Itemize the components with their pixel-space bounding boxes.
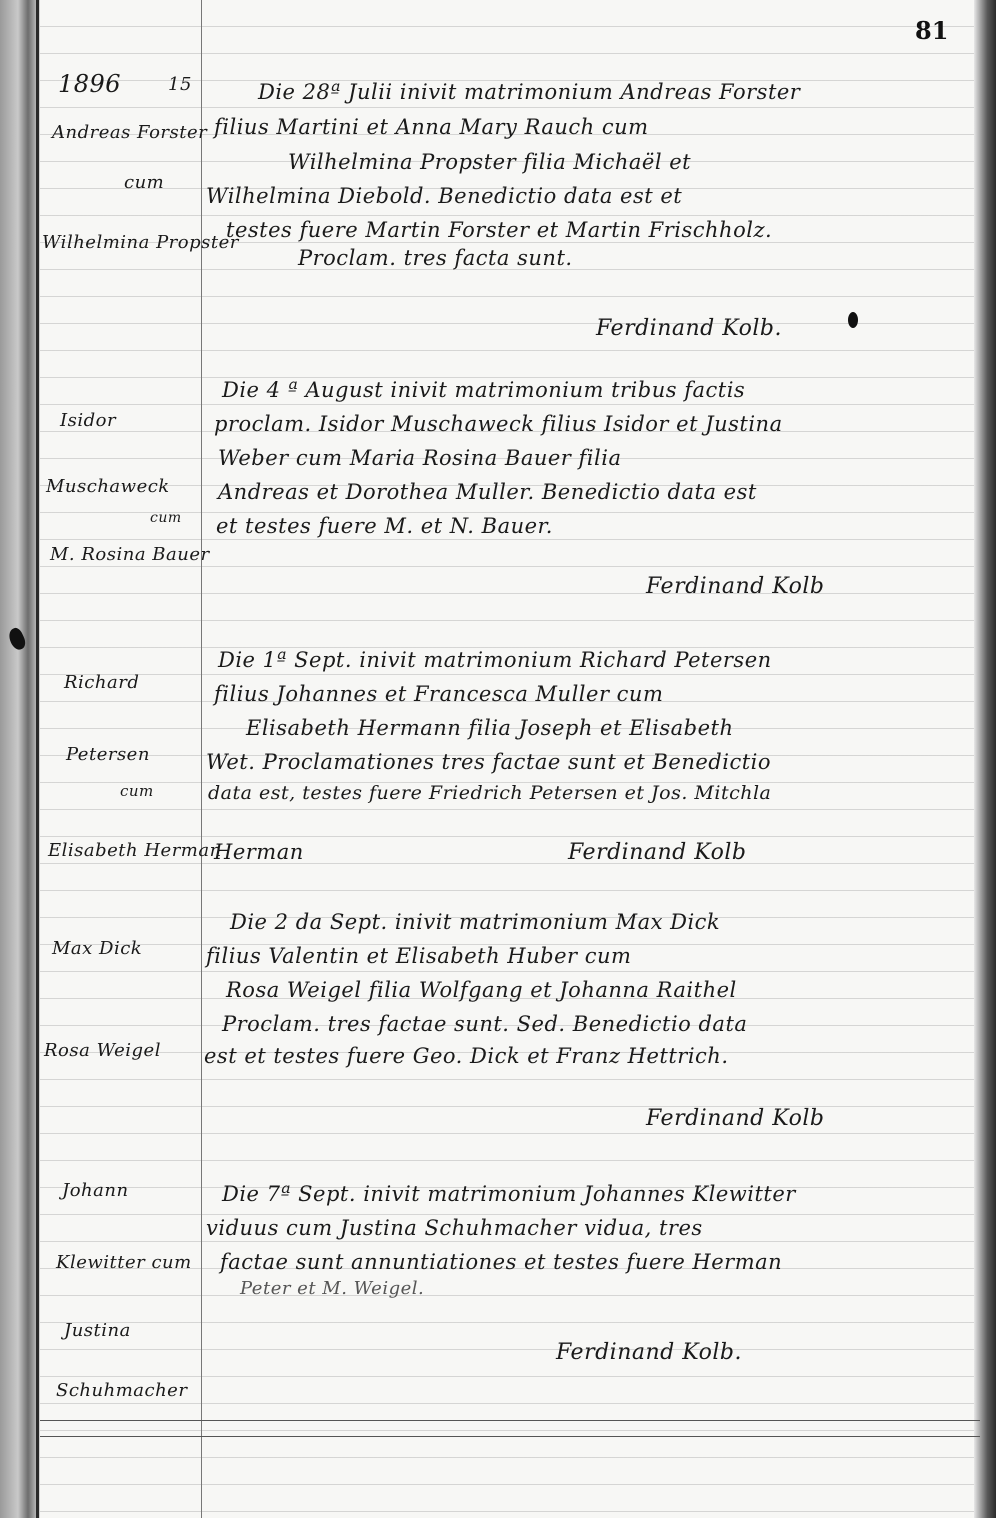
margin-name: Muschaweck	[46, 476, 170, 497]
margin-name: Johann	[62, 1180, 129, 1201]
ruled-line	[40, 1436, 980, 1437]
margin-name: Wilhelmina Propster	[42, 232, 239, 253]
entry-line: Wilhelmina Propster filia Michaël et	[288, 150, 691, 174]
margin-name: Rosa Weigel	[44, 1040, 161, 1061]
priest-signature: Ferdinand Kolb	[646, 1106, 824, 1131]
margin-name: cum	[120, 782, 154, 800]
entry-line: viduus cum Justina Schuhmacher vidua, tr…	[206, 1216, 703, 1240]
entry-line: data est, testes fuere Friedrich Peterse…	[208, 782, 771, 804]
entry-line: Die 1ª Sept. inivit matrimonium Richard …	[218, 648, 772, 672]
entry-line: testes fuere Martin Forster et Martin Fr…	[226, 218, 772, 242]
entry-line: Die 2 da Sept. inivit matrimonium Max Di…	[230, 910, 720, 934]
entry-line: Die 7ª Sept. inivit matrimonium Johannes…	[222, 1182, 796, 1206]
margin-name: Andreas Forster	[52, 122, 207, 143]
page-edge-shadow	[974, 0, 996, 1518]
entry-line: Die 4 ª August inivit matrimonium tribus…	[222, 378, 745, 402]
entry-number: 15	[168, 74, 192, 95]
priest-signature: Ferdinand Kolb.	[596, 316, 782, 341]
page-number: 81	[915, 16, 948, 45]
ruled-line	[40, 1420, 980, 1421]
margin-name: Max Dick	[52, 938, 142, 959]
entry-line: Wilhelmina Diebold. Benedictio data est …	[206, 184, 682, 208]
margin-name: cum	[150, 510, 182, 526]
entry-line: filius Martini et Anna Mary Rauch cum	[214, 115, 649, 139]
entry-line: factae sunt annuntiationes et testes fue…	[220, 1250, 782, 1274]
margin-name: Elisabeth Herman	[48, 840, 222, 861]
margin-name: Petersen	[66, 744, 150, 765]
priest-signature: Ferdinand Kolb.	[556, 1340, 742, 1365]
entry-line: proclam. Isidor Muschaweck filius Isidor…	[214, 412, 783, 436]
priest-signature: Ferdinand Kolb	[568, 840, 746, 865]
entry-line: est et testes fuere Geo. Dick et Franz H…	[204, 1044, 729, 1068]
entry-line: filius Valentin et Elisabeth Huber cum	[206, 944, 631, 968]
entry-line: filius Johannes et Francesca Muller cum	[214, 682, 663, 706]
margin-name: Schuhmacher	[56, 1380, 187, 1401]
margin-name: M. Rosina Bauer	[50, 544, 210, 565]
margin-name: Klewitter cum	[56, 1252, 192, 1273]
entry-line: Wet. Proclamationes tres factae sunt et …	[206, 750, 771, 774]
margin-rule	[201, 0, 202, 1518]
entry-line: Rosa Weigel filia Wolfgang et Johanna Ra…	[226, 978, 737, 1002]
entry-line: et testes fuere M. et N. Bauer.	[216, 514, 553, 538]
book-binding	[0, 0, 40, 1518]
register-year: 1896	[58, 70, 121, 98]
margin-name: Richard	[64, 672, 139, 693]
entry-line: Die 28ª Julii inivit matrimonium Andreas…	[258, 80, 800, 104]
entry-line: Peter et M. Weigel.	[240, 1278, 424, 1299]
entry-line: Andreas et Dorothea Muller. Benedictio d…	[218, 480, 757, 504]
entry-line: Elisabeth Hermann filia Joseph et Elisab…	[246, 716, 733, 740]
priest-signature: Ferdinand Kolb	[646, 574, 824, 599]
entry-line: Proclam. tres facta sunt.	[298, 246, 573, 270]
ink-blot	[848, 312, 858, 328]
entry-line: Weber cum Maria Rosina Bauer filia	[218, 446, 621, 470]
entry-line: Proclam. tres factae sunt. Sed. Benedict…	[222, 1012, 747, 1036]
binding-rule	[36, 0, 39, 1518]
register-page: 81 1896 15 Andreas Forster cum Wilhelmin…	[0, 0, 996, 1518]
entry-line: Herman	[214, 840, 304, 864]
margin-name: Justina	[64, 1320, 131, 1341]
margin-name: Isidor	[60, 410, 116, 431]
margin-name: cum	[124, 172, 164, 193]
